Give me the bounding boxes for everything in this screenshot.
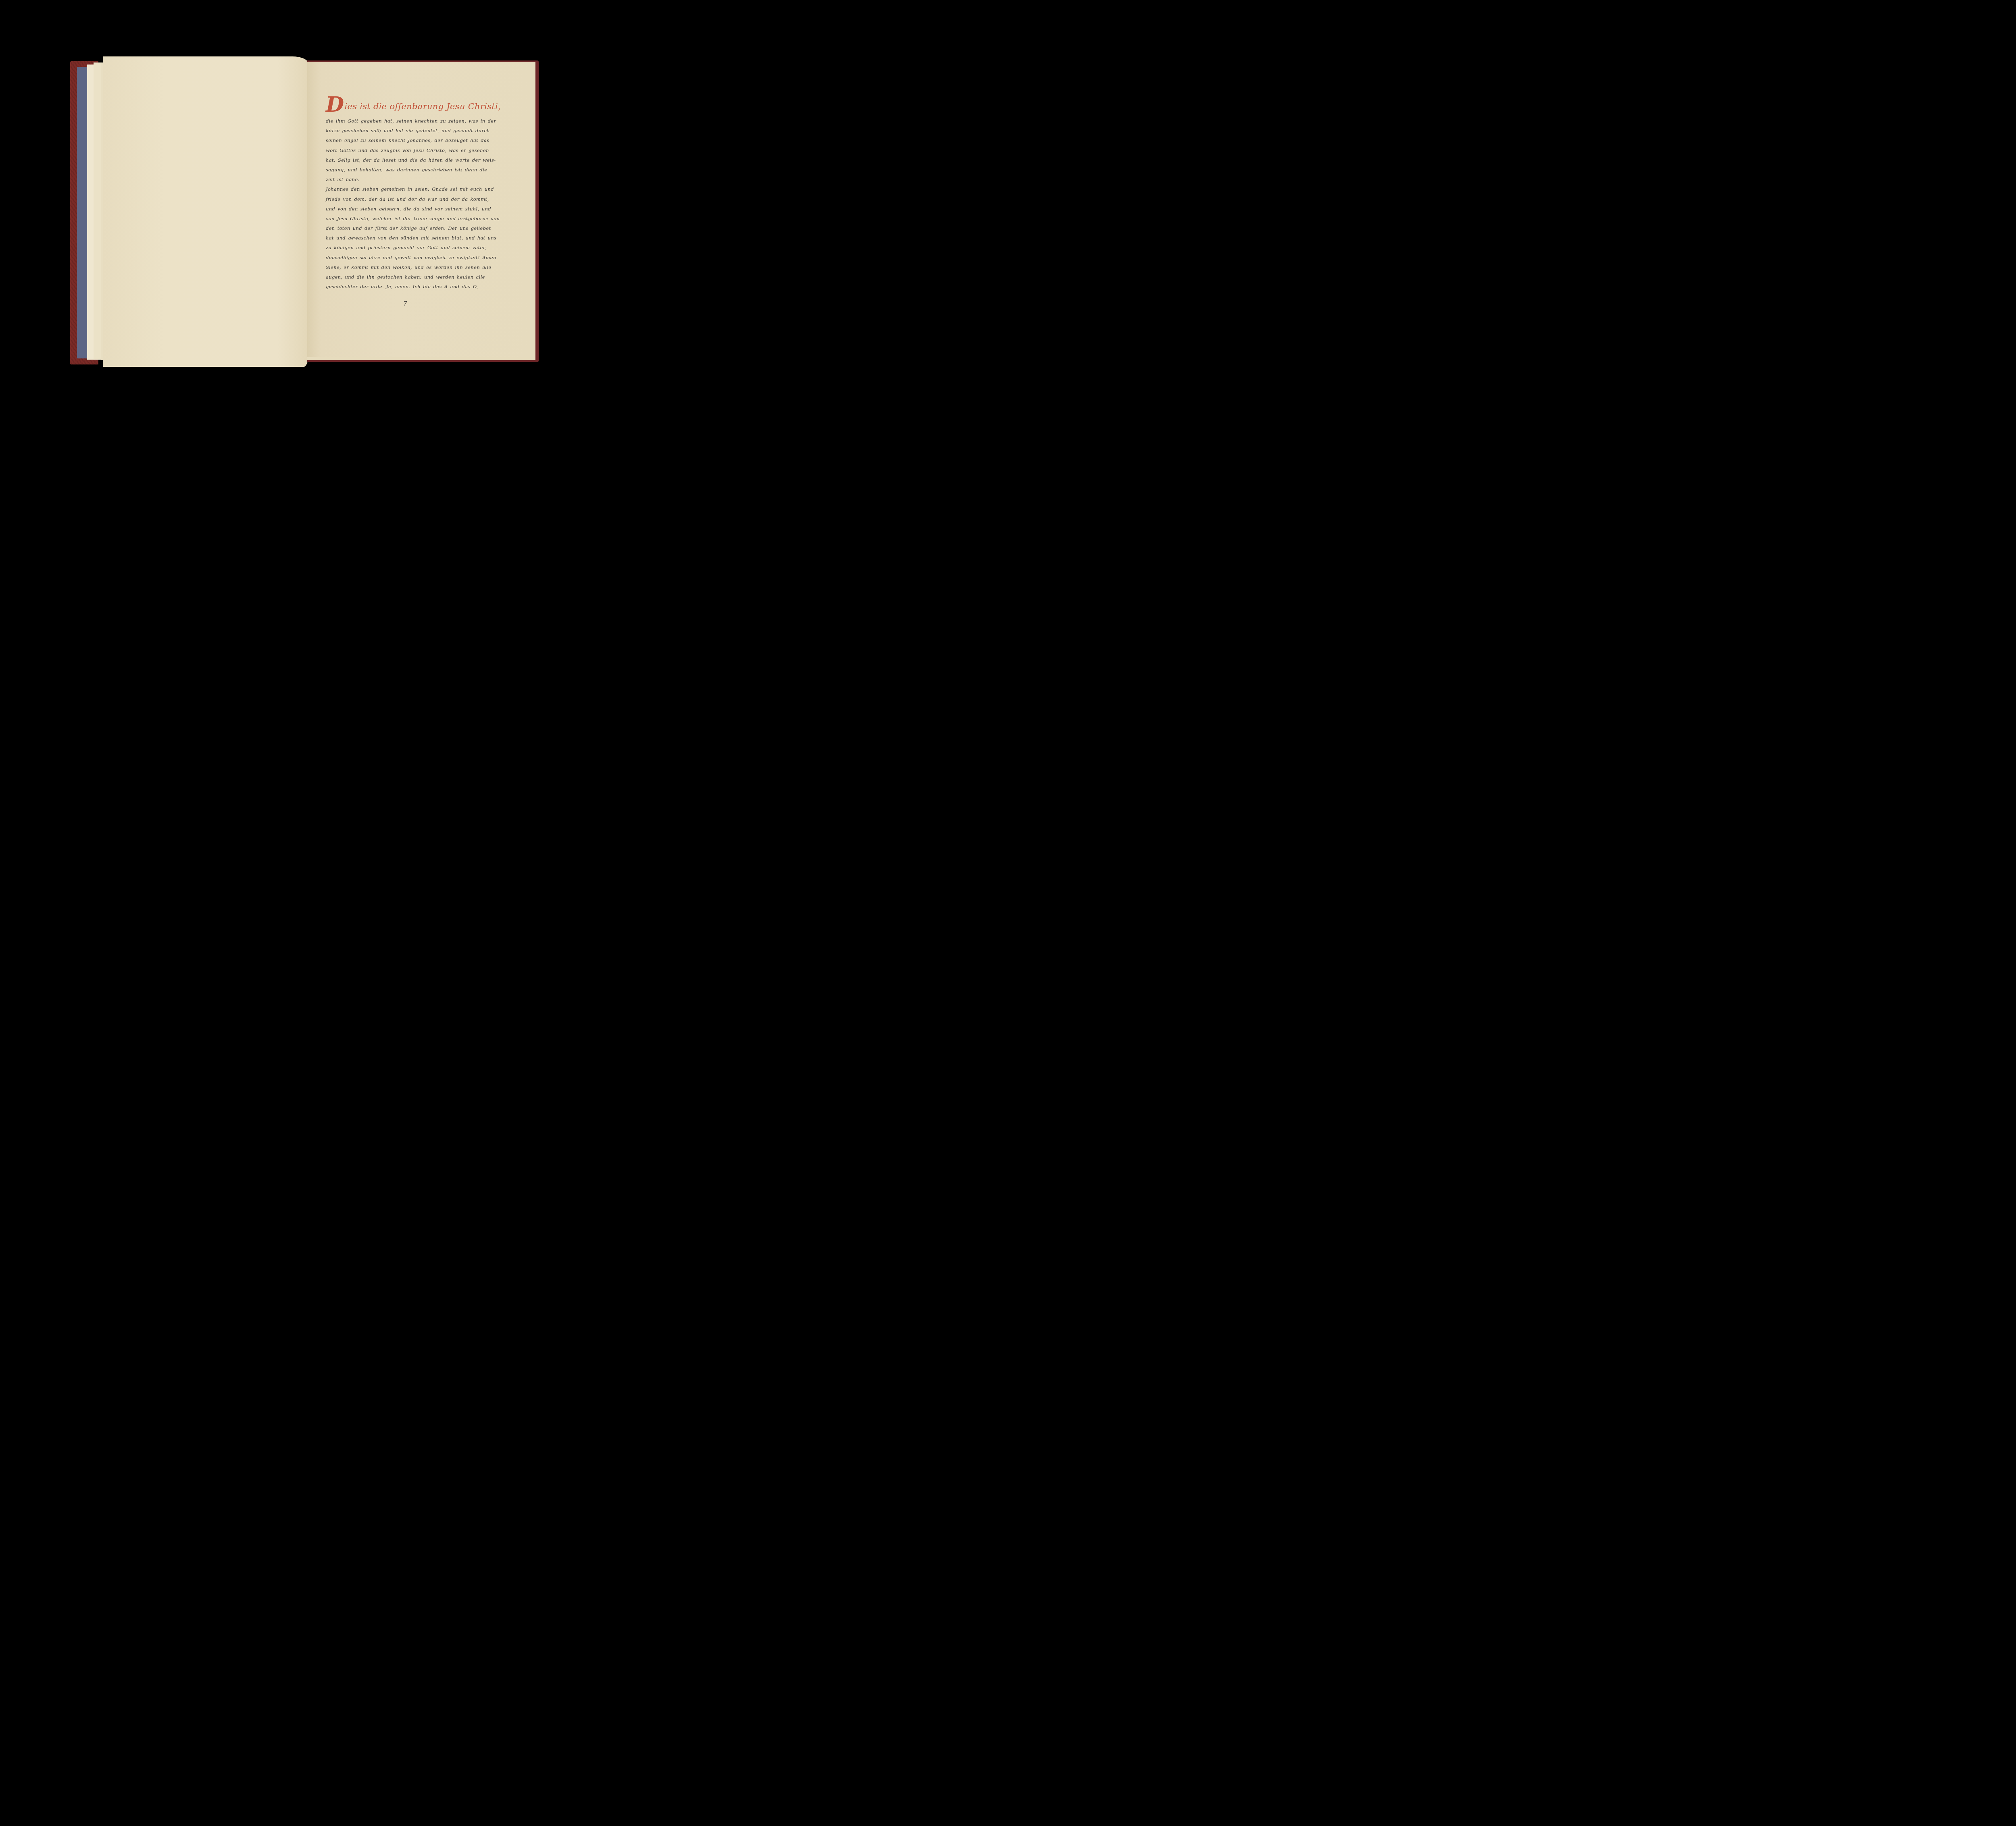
text-line: wort Gottes und das zeugnis von Jesu Chr…	[326, 146, 481, 155]
text-line: kürze geschehen soll; und hat sie gedeut…	[326, 126, 481, 135]
text-line: den toten und der fürst der könige auf e…	[326, 223, 481, 233]
text-line: die ihm Gott gegeben hat, seinen knechte…	[326, 116, 481, 126]
text-line: augen, und die ihn gestochen haben; und …	[326, 272, 481, 282]
text-line: Johannes den sieben gemeinen in asien: G…	[326, 184, 481, 194]
left-page-blank	[103, 56, 308, 367]
text-line: Siehe, er kommt mit den wolken, und es w…	[326, 262, 481, 272]
text-line: sagung, und behalten, was darinnen gesch…	[326, 165, 481, 175]
page-number: 7	[403, 300, 407, 307]
heading-text: ies ist die offenbarung Jesu Christi,	[344, 102, 501, 111]
text-line: zeit ist nahe.	[326, 175, 481, 184]
text-line: geschlechter der erde. Ja, amen. Ich bin…	[326, 282, 481, 291]
chapter-heading: Dies ist die offenbarung Jesu Christi,	[326, 97, 481, 115]
body-text: die ihm Gott gegeben hat, seinen knechte…	[326, 116, 481, 291]
text-line: von Jesu Christo, welcher ist der treue …	[326, 214, 481, 223]
text-line: hat. Selig ist, der da lieset und die da…	[326, 155, 481, 165]
text-line: hat und gewaschen von den sünden mit sei…	[326, 233, 481, 243]
text-line: zu königen und priestern gemacht vor Got…	[326, 243, 481, 252]
open-book: Dies ist die offenbarung Jesu Christi, d…	[0, 0, 632, 421]
text-line: demselbigen sei ehre und gewalt von ewig…	[326, 253, 481, 262]
right-page-text: Dies ist die offenbarung Jesu Christi, d…	[326, 97, 481, 291]
drop-initial: D	[326, 92, 344, 117]
text-line: und von den sieben geistern, die da sind…	[326, 204, 481, 214]
blue-endpaper	[77, 67, 87, 358]
text-line: friede von dem, der da ist und der da wa…	[326, 194, 481, 204]
text-line: seinen engel zu seinem knecht Johannes, …	[326, 135, 481, 145]
